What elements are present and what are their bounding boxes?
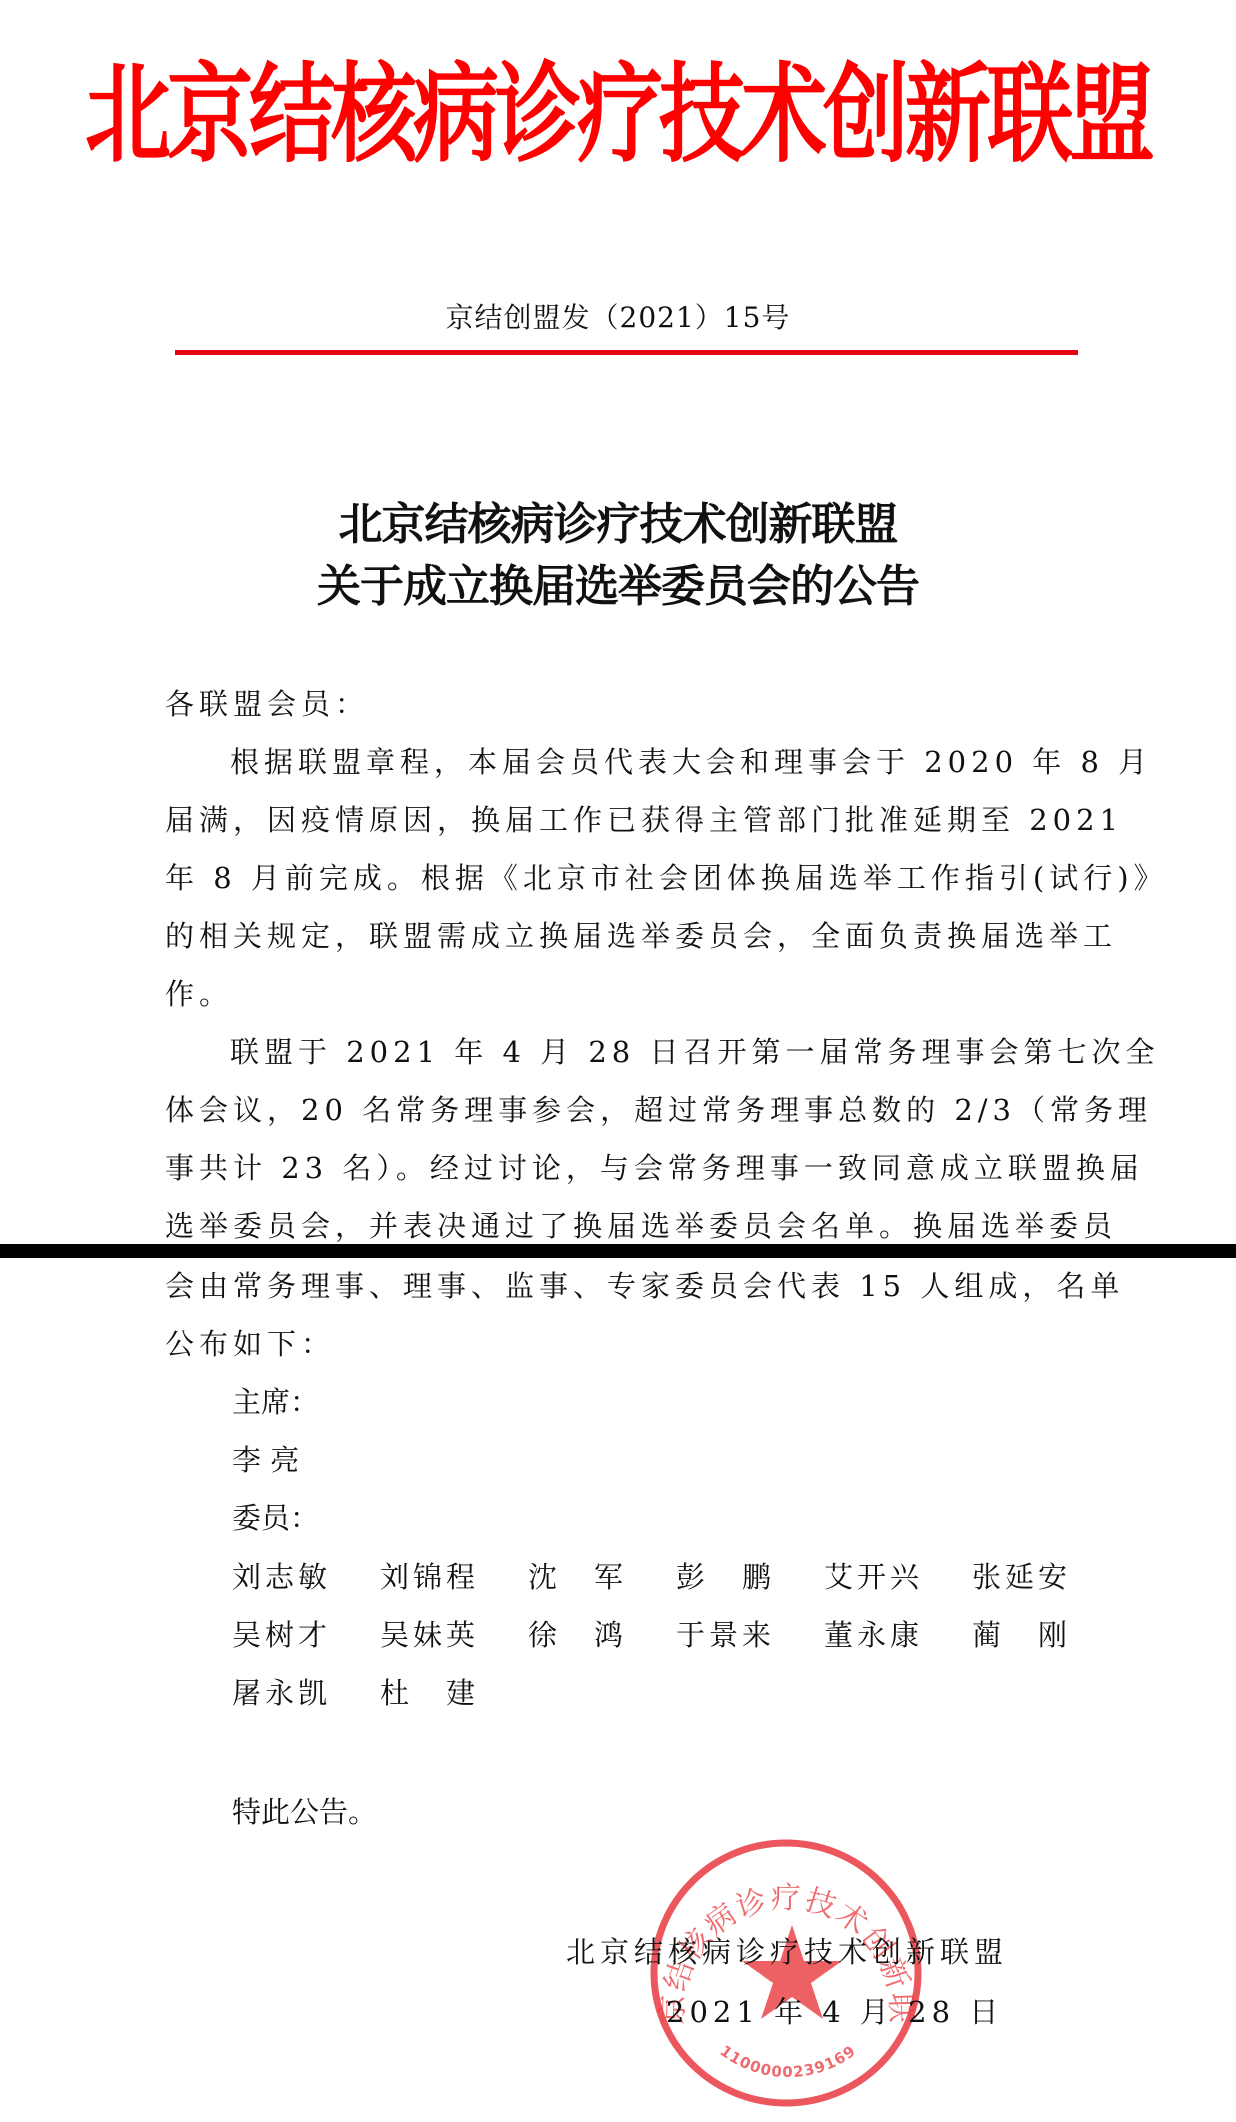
member-name: 于景来 (676, 1613, 824, 1654)
member-name: 彭 鹏 (676, 1555, 824, 1596)
closing-text: 特此公告。 (232, 1790, 377, 1831)
notice-title-line2: 关于成立换届选举委员会的公告 (0, 550, 1236, 614)
paragraph1-line: 的相关规定，联盟需成立换届选举委员会，全面负责换届选举工 (165, 914, 1085, 955)
member-name: 沈 军 (528, 1555, 676, 1596)
chair-name: 李 亮 (232, 1438, 299, 1479)
letterhead-title: 北京结核病诊疗技术创新联盟 (0, 40, 1236, 190)
members-row: 屠永凯杜 建 (232, 1671, 528, 1712)
notice-title-line1: 北京结核病诊疗技术创新联盟 (0, 488, 1236, 552)
scan-artifact-bar (0, 1244, 1236, 1258)
svg-text:1100000239169: 1100000239169 (717, 2042, 860, 2082)
salutation: 各联盟会员： (165, 682, 1085, 723)
red-divider-rule (175, 350, 1078, 355)
member-name: 吴妹英 (380, 1613, 528, 1654)
signature-date: 2021 年 4 月 28 日 (666, 1990, 1003, 2031)
paragraph2-line: 选举委员会，并表决通过了换届选举委员会名单。换届选举委员 (165, 1204, 1085, 1245)
paragraph1-line: 届满，因疫情原因，换届工作已获得主管部门批准延期至 2021 (165, 798, 1085, 839)
document-number: 京结创盟发（2021）15号 (0, 296, 1236, 336)
member-name: 蔺 刚 (972, 1613, 1120, 1654)
paragraph2-line: 公布如下： (165, 1322, 1085, 1363)
signature-org: 北京结核病诊疗技术创新联盟 (566, 1930, 1008, 1971)
member-name: 张延安 (972, 1555, 1120, 1596)
member-name: 刘锦程 (380, 1555, 528, 1596)
members-row: 刘志敏刘锦程沈 军彭 鹏艾开兴张延安 (232, 1555, 1120, 1596)
chair-label: 主席： (232, 1380, 319, 1421)
member-name: 杜 建 (380, 1671, 528, 1712)
member-name: 屠永凯 (232, 1671, 380, 1712)
official-seal-icon: 北京结核病诊疗技术创新联盟 1100000239169 (648, 1837, 925, 2110)
paragraph2-line: 事共计 23 名）。经过讨论，与会常务理事一致同意成立联盟换届 (165, 1146, 1085, 1187)
paragraph1-line: 作。 (165, 972, 1085, 1013)
paragraph2-line: 体会议，20 名常务理事参会，超过常务理事总数的 2/3（常务理 (165, 1088, 1085, 1129)
paragraph1-line: 年 8 月前完成。根据《北京市社会团体换届选举工作指引(试行)》 (165, 856, 1085, 897)
member-name: 刘志敏 (232, 1555, 380, 1596)
paragraph1-line: 根据联盟章程，本届会员代表大会和理事会于 2020 年 8 月 (230, 740, 1085, 781)
member-name: 吴树才 (232, 1613, 380, 1654)
member-name: 艾开兴 (824, 1555, 972, 1596)
member-name: 徐 鸿 (528, 1613, 676, 1654)
paragraph2-line: 会由常务理事、理事、监事、专家委员会代表 15 人组成，名单 (165, 1264, 1085, 1305)
member-name: 董永康 (824, 1613, 972, 1654)
members-row: 吴树才吴妹英徐 鸿于景来董永康蔺 刚 (232, 1613, 1120, 1654)
paragraph2-line: 联盟于 2021 年 4 月 28 日召开第一届常务理事会第七次全 (230, 1030, 1085, 1071)
members-label: 委员： (232, 1496, 319, 1537)
